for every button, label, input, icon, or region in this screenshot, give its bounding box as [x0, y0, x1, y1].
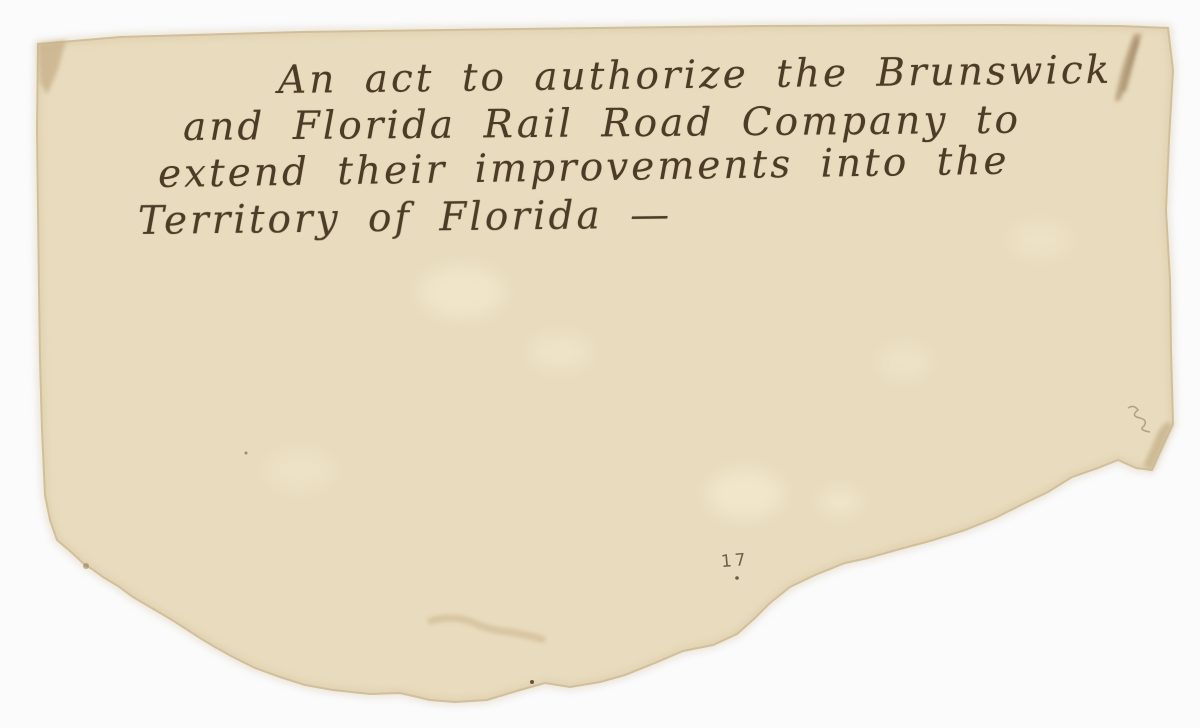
scanned-document-page: An act to authorize the Brunswick and Fl…: [0, 0, 1200, 728]
pencil-page-number: 17: [720, 550, 749, 572]
handwriting-line-4: Territory of Florida —: [138, 192, 673, 244]
